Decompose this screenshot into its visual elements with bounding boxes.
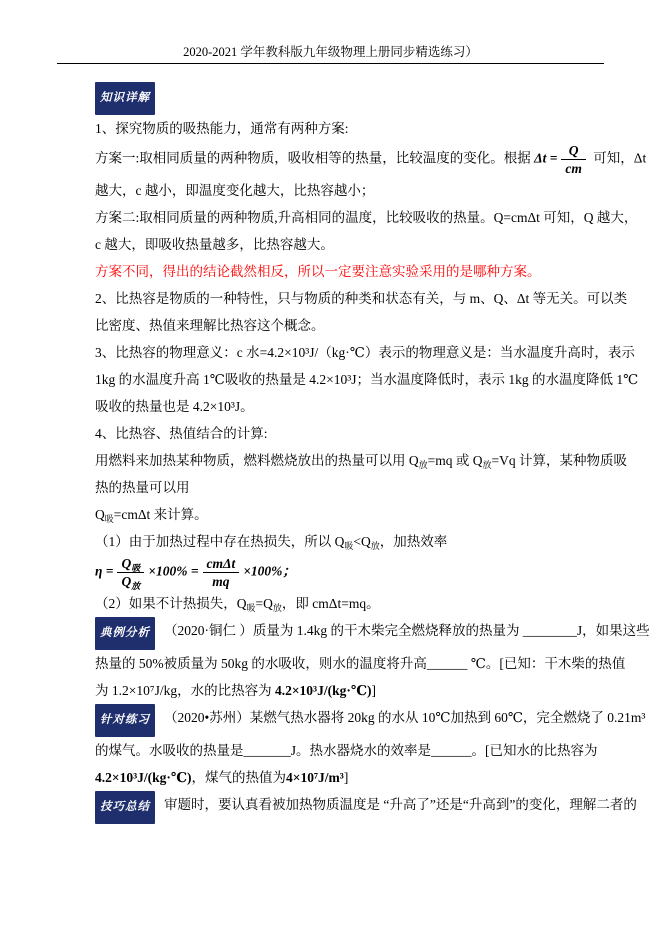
- knowledge-point3-line2: 1kg 的水温度升高 1℃吸收的热量是 4.2×10³J；当水温度降低时，表示 …: [95, 366, 601, 393]
- plan2-line1: 方案二:取相同质量的两种物质,升高相同的温度，比较吸收的热量。Q=cmΔt 可知…: [95, 204, 601, 231]
- knowledge-point4-title: 4、比热容、热值结合的计算:: [95, 420, 601, 447]
- formula-mid: ×100% =: [148, 564, 198, 579]
- example-line1: 典例分析（2020·铜仁 ）质量为 1.4kg 的干木柴完全燃烧释放的热量为 _…: [95, 617, 601, 650]
- water-specific-heat-value: 4.2×10³J/(kg·℃): [95, 770, 192, 785]
- delta-t-formula-lhs: Δt =: [534, 151, 557, 166]
- practice-line2: 的煤气。水吸收的热量是_______J。热水器烧水的效率是______。[已知水…: [95, 737, 601, 764]
- q-release-subscript: 放: [419, 460, 428, 470]
- q-absorb-subscript: 吸: [131, 563, 140, 573]
- knowledge-badge: 知识详解: [95, 82, 155, 115]
- formula-tail: ×100%；: [243, 564, 296, 579]
- point4-line3-s2: =cmΔt 来计算。: [114, 507, 208, 522]
- tips-line1: 技巧总结审题时，要认真看被加热物质温度是 “升高了”还是“升高到”的变化，理解二…: [95, 791, 601, 824]
- document-page: 2020-2021 学年教科版九年级物理上册同步精选练习） 知识详解 1、探究物…: [0, 0, 661, 935]
- formula-fraction-cmdt: cmΔtmq: [203, 555, 240, 590]
- example-line3-pre: 为 1.2×10⁷J/kg，水的比热容为: [95, 683, 275, 698]
- plan1-pre: 方案一:取相同质量的两种物质，吸收相等的热量，比较温度的变化。根据: [95, 151, 531, 166]
- practice-line3: 4.2×10³J/(kg·℃)，煤气的热值为4×10⁷J/m³]: [95, 764, 601, 791]
- loss1-s2: <Q: [353, 534, 370, 549]
- knowledge-point3-line3: 吸收的热量也是 4.2×10³J。: [95, 393, 601, 420]
- knowledge-section-header: 知识详解: [95, 82, 601, 115]
- water-specific-heat-value: 4.2×10³J/(kg·℃): [275, 683, 372, 698]
- example-line3: 为 1.2×10⁷J/kg，水的比热容为 4.2×10³J/(kg·℃)]: [95, 677, 601, 704]
- q-absorb-subscript: 吸: [105, 514, 114, 524]
- warning-note: 方案不同，得出的结论截然相反，所以一定要注意实验采用的是哪种方案。: [95, 258, 601, 285]
- delta-t-formula-fraction: Qcm: [561, 142, 586, 177]
- gas-heat-value: 4×10⁷J/m³: [286, 770, 344, 785]
- point4-line3-s1: Q: [95, 507, 105, 522]
- example-badge: 典例分析: [95, 617, 155, 650]
- fraction-numerator: Q吸: [117, 555, 144, 572]
- formula-eta: η =: [95, 564, 113, 579]
- knowledge-point2-line1: 2、比热容是物质的一种特性，只与物质的种类和状态有关，与 m、Q、Δt 等无关。…: [95, 285, 601, 312]
- point4-line2: 热的热量可以用: [95, 474, 601, 501]
- point4-line1-s3: =Vq 计算，某种物质吸: [492, 453, 628, 468]
- loss1-s3: ，加热效率: [380, 534, 448, 549]
- fraction-denominator: mq: [203, 572, 240, 590]
- point4-line1-s1: 用燃料来加热某种物质，燃料燃烧放出的热量可以用 Q: [95, 453, 419, 468]
- q-release-subscript: 放: [371, 541, 380, 551]
- example-line3-post: ]: [372, 683, 377, 698]
- fraction-denominator: cm: [561, 159, 586, 177]
- practice-line3-post: ]: [344, 770, 349, 785]
- heat-loss-line2: （2）如果不计热损失，Q吸=Q放，即 cmΔt=mq。: [95, 590, 601, 617]
- fraction-numerator: Q: [561, 142, 586, 159]
- q-absorb-subscript: 吸: [247, 603, 256, 613]
- efficiency-formula: η =Q吸Q放×100% =cmΔtmq×100%；: [95, 555, 601, 590]
- practice-line3-mid: ，煤气的热值为: [192, 770, 287, 785]
- practice-line1: 针对练习（2020•苏州）某燃气热水器将 20kg 的水从 10℃加热到 60℃…: [95, 704, 601, 737]
- q-release-subscript: 放: [483, 460, 492, 470]
- loss2-s2: =Q: [256, 596, 273, 611]
- knowledge-point3-line1: 3、比热容的物理意义：c 水=4.2×10³J/（kg·℃）表示的物理意义是：当…: [95, 339, 601, 366]
- loss2-s1: （2）如果不计热损失，Q: [95, 596, 247, 611]
- document-header-title: 2020-2021 学年教科版九年级物理上册同步精选练习）: [0, 0, 661, 60]
- example-question-line1: （2020·铜仁 ）质量为 1.4kg 的干木柴完全燃烧释放的热量为 _____…: [164, 623, 650, 638]
- point4-line1: 用燃料来加热某种物质，燃料燃烧放出的热量可以用 Q放=mq 或 Q放=Vq 计算…: [95, 447, 601, 474]
- knowledge-point1: 1、探究物质的吸热能力，通常有两种方案:: [95, 115, 601, 142]
- formula-fraction-q: Q吸Q放: [117, 555, 144, 590]
- plan2-line2: c 越大，即吸收热量越多，比热容越大。: [95, 231, 601, 258]
- knowledge-point2-line2: 比密度、热值来理解比热容这个概念。: [95, 312, 601, 339]
- plan1-line2: 越大，c 越小，即温度变化越大，比热容越小；: [95, 177, 601, 204]
- document-body: 知识详解 1、探究物质的吸热能力，通常有两种方案: 方案一:取相同质量的两种物质…: [0, 64, 661, 824]
- loss1-s1: （1）由于加热过程中存在热损失，所以 Q: [95, 534, 344, 549]
- tips-text: 审题时，要认真看被加热物质温度是 “升高了”还是“升高到”的变化，理解二者的: [164, 797, 637, 812]
- fraction-numerator: cmΔt: [203, 555, 240, 572]
- heat-loss-line1: （1）由于加热过程中存在热损失，所以 Q吸<Q放，加热效率: [95, 528, 601, 555]
- loss2-s3: ，即 cmΔt=mq。: [282, 596, 380, 611]
- point4-line1-s2: =mq 或 Q: [428, 453, 483, 468]
- practice-question-line1: （2020•苏州）某燃气热水器将 20kg 的水从 10℃加热到 60℃，完全燃…: [164, 710, 645, 725]
- q-release-subscript: 放: [273, 603, 282, 613]
- q-symbol: Q: [121, 574, 131, 589]
- plan1-post: 可知，Δt: [593, 151, 646, 166]
- tips-badge: 技巧总结: [95, 791, 155, 824]
- fraction-denominator: Q放: [117, 572, 144, 590]
- example-line2: 热量的 50%被质量为 50kg 的水吸收，则水的温度将升高______ ℃。[…: [95, 650, 601, 677]
- point4-line3: Q吸=cmΔt 来计算。: [95, 501, 601, 528]
- plan1-line1: 方案一:取相同质量的两种物质，吸收相等的热量，比较温度的变化。根据 Δt =Qc…: [95, 142, 601, 177]
- practice-badge: 针对练习: [95, 704, 155, 737]
- q-symbol: Q: [121, 556, 131, 571]
